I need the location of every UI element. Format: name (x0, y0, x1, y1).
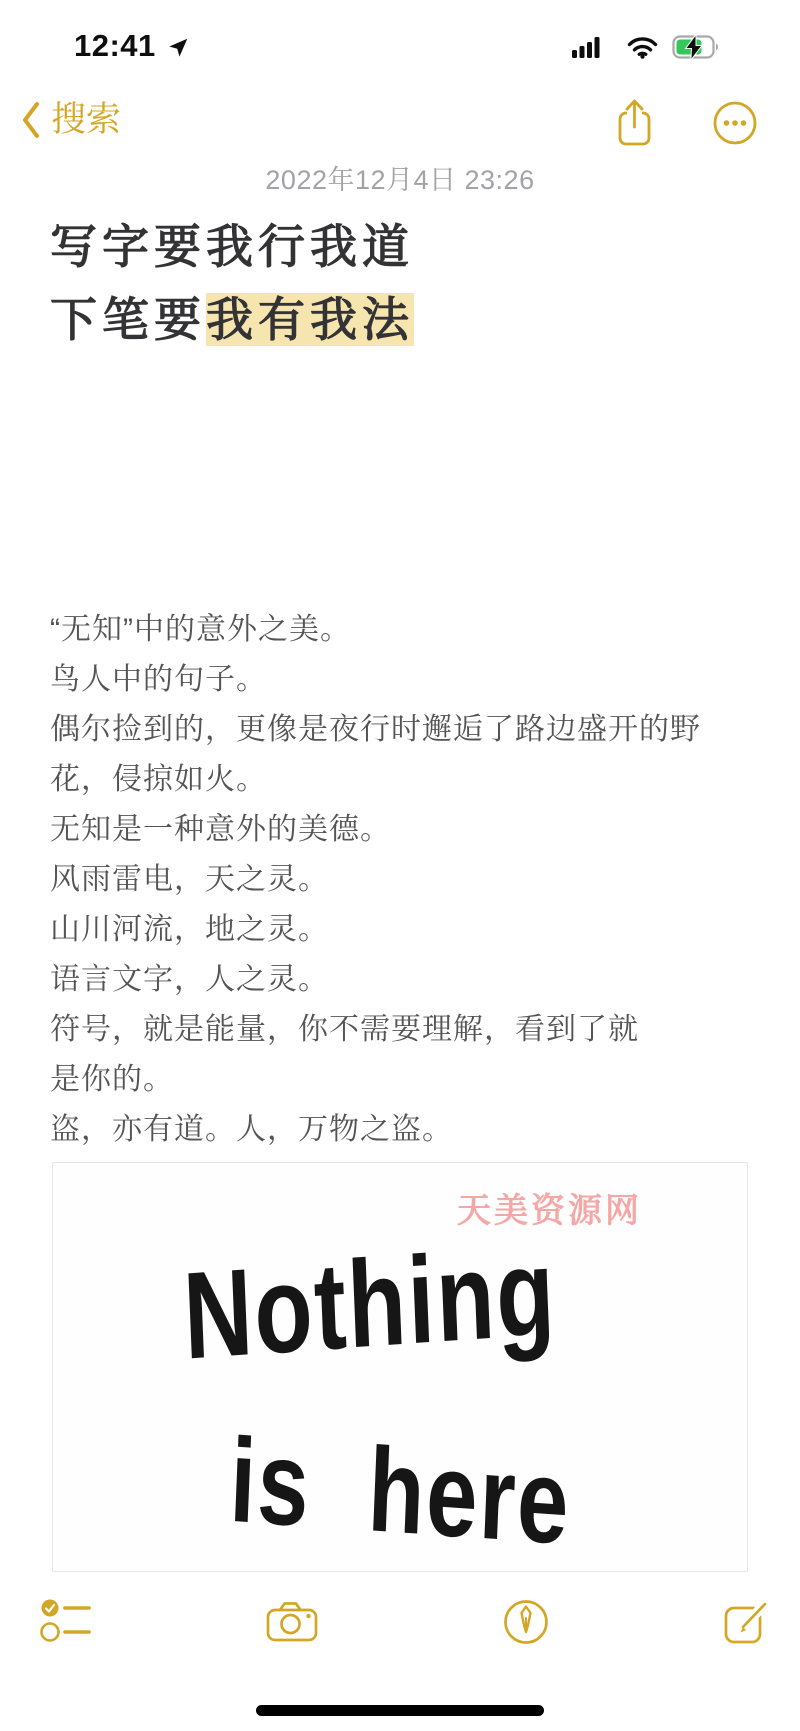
checklist-icon (40, 1598, 94, 1644)
body-line: 语言文字，人之灵。 (50, 955, 760, 1005)
signal-icon (572, 37, 602, 58)
camera-icon (266, 1600, 320, 1644)
body-line: 偶尔捡到的，更像是夜行时邂逅了路边盛开的野 (50, 705, 760, 755)
title-line-2-prefix: 下笔要 (50, 293, 206, 346)
title-line-1: 写字要我行我道 (50, 220, 414, 273)
markup-button[interactable] (502, 1598, 550, 1649)
body-line: 山川河流，地之灵。 (50, 905, 760, 955)
chevron-left-icon (20, 100, 42, 140)
body-line: 无知是一种意外的美德。 (50, 805, 760, 855)
body-line: 盗，亦有道。人，万物之盗。 (50, 1105, 760, 1155)
note-body: “无知”中的意外之美。 鸟人中的句子。 偶尔捡到的，更像是夜行时邂逅了路边盛开的… (50, 605, 760, 1155)
title-highlighted-text: 我有我法 (206, 293, 414, 346)
note-title: 写字要我行我道 下笔要我有我法 (50, 210, 750, 356)
back-label: 搜索 (51, 98, 121, 142)
checklist-button[interactable] (40, 1598, 94, 1647)
body-line: 花，侵掠如火。 (50, 755, 760, 805)
share-button[interactable] (612, 96, 656, 150)
compose-icon (722, 1596, 772, 1646)
body-line: 风雨雷电，天之灵。 (50, 855, 760, 905)
status-icons (572, 34, 732, 60)
image-text-line-1: Nothing (181, 1222, 559, 1389)
more-button[interactable] (712, 100, 758, 146)
location-arrow-icon (169, 34, 192, 57)
markup-icon (502, 1598, 550, 1646)
status-time: 12:41 (74, 28, 156, 64)
body-line: 是你的。 (50, 1055, 760, 1105)
camera-button[interactable] (266, 1600, 320, 1647)
compose-button[interactable] (722, 1596, 772, 1649)
home-indicator[interactable] (256, 1705, 544, 1716)
body-line: 符号，就是能量，你不需要理解，看到了就 (50, 1005, 760, 1055)
image-text-line-2: is here (228, 1413, 574, 1572)
notes-app-screen: 12:41 (0, 0, 800, 1731)
body-line: 鸟人中的句子。 (50, 655, 760, 705)
wifi-icon (627, 36, 658, 59)
back-button[interactable]: 搜索 (20, 98, 121, 142)
battery-icon (672, 35, 722, 60)
body-line: “无知”中的意外之美。 (50, 605, 760, 655)
attached-image[interactable]: 天美资源网 Nothing is here (52, 1162, 748, 1572)
note-date: 2022年12月4日 23:26 (0, 158, 800, 197)
